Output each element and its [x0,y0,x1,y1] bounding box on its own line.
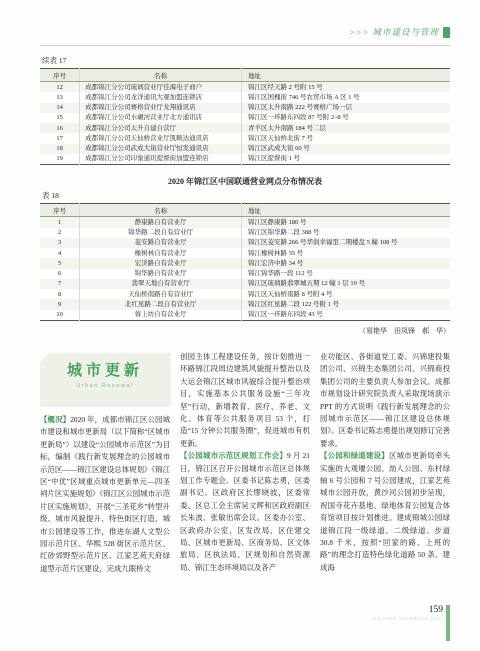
entry-heading-planning-meeting: 【公园城市示范区规划工作会】 [180,451,287,460]
table-cell: 13 [40,92,80,102]
footer-caption: JINJIANG YEARBOOK 2021 [372,616,443,621]
paragraph-planning-meeting: 【公园城市示范区规划工作会】9 月 21 日，锦江区召开公园城市示范区总体规划工… [180,450,310,574]
table-cell: 1 [40,217,80,228]
yearbook-page: >>> 城市建设与管理 续表 17 序号名称地址 12成都锦江分公司琉璃营业厅佳… [0,0,480,651]
paragraph-continuation: 业功能区、各街道党工委、兴锦建投集团公司、兴锦生态集团公司、兴锦商投集团公司的主… [320,351,450,450]
table-cell: 锦江锦华路一段 112 号 [242,269,450,279]
chapter-breadcrumb: >>> 城市建设与管理 [349,26,439,38]
table-row: 4橡树林自有营业厅锦江橡树林路 35 号 [40,248,450,258]
table-cell: 锦江区天仙桥北街 7 号 [242,133,450,143]
table-row: 10蓉上坊自有营业厅锦江区一环路东四段 43 号 [40,310,450,321]
paragraph-text: 区城市更新局牵头实施的大观堰公园、劼人公园、东村绿轴 6 号公园和 7 号公园建… [320,451,450,572]
paragraph-text: 业功能区、各街道党工委、兴锦建投集团公司、兴锦生态集团公司、兴锦商投集团公司的主… [320,352,450,448]
table-cell: 锦江区国槐街 746 号农贸市场 A 区 1 号 [242,92,450,102]
table-cell: 成都锦江分公司赛格营业厅龙翔通讯店 [80,103,242,113]
table-row: 15成都锦江分公司水碾河营业厅北方通讯店锦江区一环路东四段 87 号附 2–8 … [40,113,450,123]
table-cell: 锦江橡树林路 35 号 [242,248,450,258]
table-18: 序号名称地址 1静康路自有营业厅锦江区静康路 180 号2锦华路二段自有营业厅锦… [40,203,450,321]
paragraph-text: 创园主体工程建设任务，按计划推进一环路锦江段周边建筑风貌提升整治以及大运会锦江区… [180,352,310,448]
paragraph-text: 2020 年，成都市锦江区公园城市建设和城市更新局（以下简称“区城市更新局”）以… [40,415,170,573]
table-cell: 菱安路自有营业厅 [80,238,242,248]
table18-label: 表 18 [42,190,450,201]
table-cell: 成都锦江分公司武成大街营业厅恒发通讯店 [80,144,242,154]
table-cell: 19 [40,154,80,165]
table-cell: 4 [40,248,80,258]
page-number: 159 [372,605,443,615]
table-cell: 17 [40,133,80,143]
column-header: 名称 [80,69,242,82]
footer-text: 159 JINJIANG YEARBOOK 2021 [372,605,443,621]
page-footer: 159 JINJIANG YEARBOOK 2021 [372,605,450,641]
table18-body: 1静康路自有营业厅锦江区静康路 180 号2锦华路二段自有营业厅锦江区锦华路二段… [40,217,450,321]
table-cell: 成都锦江分公司太升自建自营厅 [80,123,242,133]
entry-heading-overview: 【概况】 [40,415,70,424]
table17-head: 序号名称地址 [40,69,450,82]
table-cell: 16 [40,123,80,133]
table17-label: 续表 17 [42,55,450,66]
table-cell: 静康路自有营业厅 [80,217,242,228]
table-cell: 15 [40,113,80,123]
paragraph-overview: 【概况】2020 年，成都市锦江区公园城市建设和城市更新局（以下简称“区城市更新… [40,414,170,575]
table-cell: 12 [40,82,80,93]
column-header: 名称 [80,204,242,217]
chapter-tab-icon [443,27,450,38]
table-cell: 锦江区太升南路 222 号赛格广场一层 [242,103,450,113]
table-row: 8天仙桥南路自有营业厅锦江区天仙桥南路 8 号附 4 号 [40,289,450,299]
table-cell: 锦江区一环路东四段 87 号附 2–8 号 [242,113,450,123]
table-cell: 锦江区武成大街 60 号 [242,144,450,154]
table-row: 1静康路自有营业厅锦江区静康路 180 号 [40,217,450,228]
table-cell: 翡翠天地自有营业厅 [80,279,242,289]
table-cell: 锦江区锦华路二段 388 号 [242,228,450,238]
paragraph-text: 9 月 21 日，锦江区召开公园城市示范区总体规划工作专题会。区委书记陈志勇，区… [180,451,310,572]
section-subtitle: Urban Renewal [76,380,133,392]
column-2: 创园主体工程建设任务，按计划推进一环路锦江段周边建筑风貌提升整治以及大运会锦江区… [180,351,310,633]
table-cell: 成都锦江分公司水碾河营业厅北方通讯店 [80,113,242,123]
table-row: 12成都锦江分公司琉璃营业厅佳海电子商户锦江区经天路 2 号附 15 号 [40,82,450,93]
table-cell: 成都锦江分公司龙洋通讯大观加盟连锁店 [80,92,242,102]
table-cell: 锦江区静康路 180 号 [242,217,450,228]
body-columns: 城市更新 Urban Renewal 【概况】2020 年，成都市锦江区公园城市… [40,351,450,633]
table-17-continued: 序号名称地址 12成都锦江分公司琉璃营业厅佳海电子商户锦江区经天路 2 号附 1… [40,68,450,165]
table-cell: 锦华路二段自有营业厅 [80,228,242,238]
header-divider [40,45,450,46]
table-cell: 成都锦江分公司琉璃营业厅佳海电子商户 [80,82,242,93]
table-cell: 18 [40,144,80,154]
table-cell: 8 [40,289,80,299]
column-header: 地址 [242,204,450,217]
table-cell: 锦江区琉璃路翡翠城五期 12 幢 1 层 10 号 [242,279,450,289]
entry-heading-parks-greenways: 【公园和绿道建设】 [320,451,389,460]
column-3: 业功能区、各街道党工委、兴锦建投集团公司、兴锦生态集团公司、兴锦商投集团公司的主… [320,351,450,633]
table-row: 7翡翠天地自有营业厅锦江区琉璃路翡翠城五期 12 幢 1 层 10 号 [40,279,450,289]
table-cell: 橡树林自有营业厅 [80,248,242,258]
table-cell: 5 [40,258,80,268]
table-cell: 锦华路自有营业厅 [80,269,242,279]
paragraph-parks-greenways: 【公园和绿道建设】区城市更新局牵头实施的大观堰公园、劼人公园、东村绿轴 6 号公… [320,450,450,574]
section-banner: 城市更新 Urban Renewal [40,353,170,405]
table-row: 9北红星路二段自有营业厅锦江区红星路二段 122 号附 1 号 [40,299,450,309]
page-header: >>> 城市建设与管理 [349,26,450,38]
page-content: 续表 17 序号名称地址 12成都锦江分公司琉璃营业厅佳海电子商户锦江区经天路 … [40,55,450,633]
table-row: 17成都锦江分公司天仙桥营业厅凯顺达通讯店锦江区天仙桥北街 7 号 [40,133,450,143]
table-cell: 14 [40,103,80,113]
table-row: 5宏济路自有营业厅锦江宏济中路 34 号 [40,258,450,268]
table-row: 16成都锦江分公司太升自建自营厅青羊区太升南路 184 号二层 [40,123,450,133]
table-cell: 北红星路二段自有营业厅 [80,299,242,309]
table-cell: 锦江区红星路二段 122 号附 1 号 [242,299,450,309]
table-row: 6锦华路自有营业厅锦江锦华路一段 112 号 [40,269,450,279]
table17-header-row: 序号名称地址 [40,69,450,82]
footer-accent-bar [446,605,450,641]
table-cell: 青羊区太升南路 184 号二层 [242,123,450,133]
authors-attribution: （易艳华 田凤锋 郝 华） [40,326,450,336]
table18-header-row: 序号名称地址 [40,204,450,217]
table-cell: 2 [40,228,80,238]
table17-body: 12成都锦江分公司琉璃营业厅佳海电子商户锦江区经天路 2 号附 15 号13成都… [40,82,450,165]
table-row: 18成都锦江分公司武成大街营业厅恒发通讯店锦江区武成大街 60 号 [40,144,450,154]
section-title: 城市更新 [67,365,143,377]
table-cell: 锦江区提督街 1 号 [242,154,450,165]
table-cell: 7 [40,279,80,289]
table-cell: 天仙桥南路自有营业厅 [80,289,242,299]
table-row: 2锦华路二段自有营业厅锦江区锦华路二段 388 号 [40,228,450,238]
table-cell: 蓉上坊自有营业厅 [80,310,242,321]
table-row: 14成都锦江分公司赛格营业厅龙翔通讯店锦江区太升南路 222 号赛格广场一层 [40,103,450,113]
table18-title: 2020 年锦江区中国联通营业网点分布情况表 [40,176,450,187]
table-cell: 宏济路自有营业厅 [80,258,242,268]
table-cell: 3 [40,238,80,248]
table-cell: 锦江区一环路东四段 43 号 [242,310,450,321]
column-1: 城市更新 Urban Renewal 【概况】2020 年，成都市锦江区公园城市… [40,351,170,633]
table-cell: 成都锦江分公司天仙桥营业厅凯顺达通讯店 [80,133,242,143]
table-cell: 锦江区经天路 2 号附 15 号 [242,82,450,93]
table-cell: 成都锦江分公司印象通讯提督街加盟连锁店 [80,154,242,165]
paragraph-continuation: 创园主体工程建设任务，按计划推进一环路锦江段周边建筑风貌提升整治以及大运会锦江区… [180,351,310,450]
table-cell: 9 [40,299,80,309]
table-cell: 锦江宏济中路 34 号 [242,258,450,268]
table-cell: 锦江区天仙桥南路 8 号附 4 号 [242,289,450,299]
column-header: 序号 [40,204,80,217]
table-row: 3菱安路自有营业厅锦江区菱安路 266 号华润幸福里二期楼盘 5 幢 108 号 [40,238,450,248]
column-header: 地址 [242,69,450,82]
table18-head: 序号名称地址 [40,204,450,217]
table-cell: 锦江区菱安路 266 号华润幸福里二期楼盘 5 幢 108 号 [242,238,450,248]
table-cell: 6 [40,269,80,279]
table-cell: 10 [40,310,80,321]
table-row: 13成都锦江分公司龙洋通讯大观加盟连锁店锦江区国槐街 746 号农贸市场 A 区… [40,92,450,102]
table-row: 19成都锦江分公司印象通讯提督街加盟连锁店锦江区提督街 1 号 [40,154,450,165]
column-header: 序号 [40,69,80,82]
